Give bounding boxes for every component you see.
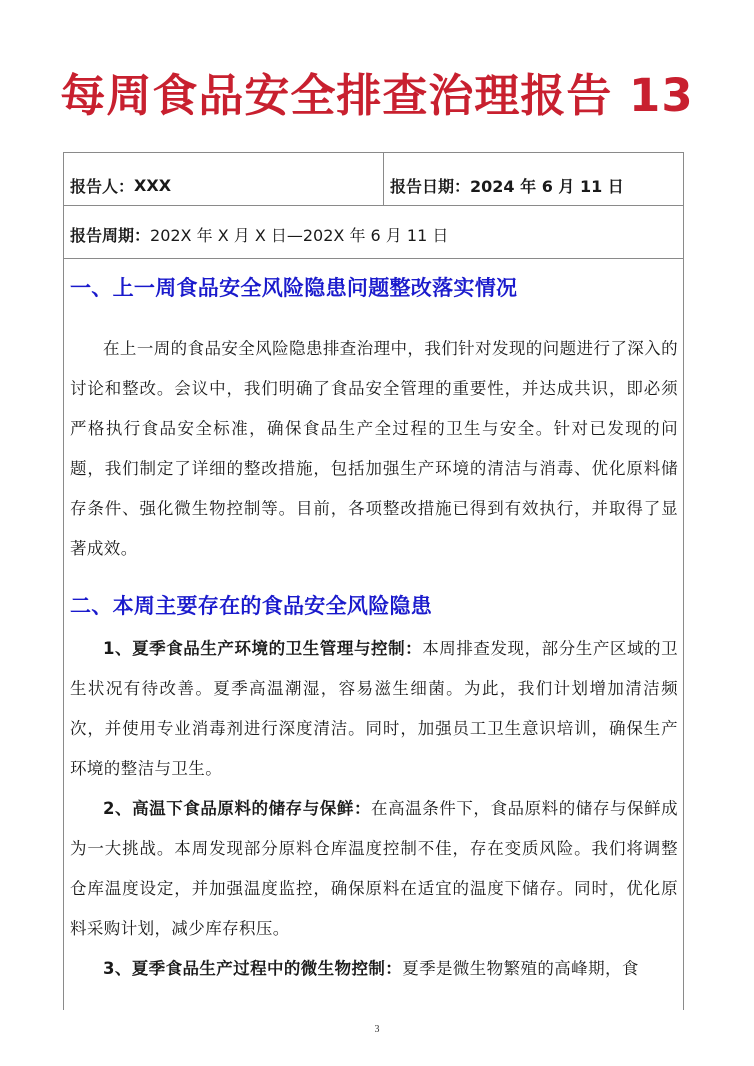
report-period-cell: 报告周期： 202X 年 X 月 X 日—202X 年 6 月 11 日 [64,206,683,258]
section-heading-1: 一、上一周食品安全风险隐患问题整改落实情况 [70,273,678,303]
risk-item-1-text: 本周排查发现，部分生产区域的卫生状况有待改善。夏季高温潮湿，容易滋生细菌。为此，… [70,639,678,778]
risk-item-1-title: 1、夏季食品生产环境的卫生管理与控制： [103,639,422,658]
report-date-cell: 报告日期： 2024 年 6 月 11 日 [384,153,684,205]
page-number: 3 [0,1024,754,1035]
info-row-reporter-date: 报告人： XXX 报告日期： 2024 年 6 月 11 日 [64,153,683,206]
risk-item-1: 1、夏季食品生产环境的卫生管理与控制：本周排查发现，部分生产区域的卫生状况有待改… [70,629,678,789]
risk-item-3: 3、夏季食品生产过程中的微生物控制：夏季是微生物繁殖的高峰期，食 [70,949,678,989]
risk-item-2-title: 2、高温下食品原料的储存与保鲜： [103,799,371,818]
risk-item-3-title: 3、夏季食品生产过程中的微生物控制： [103,959,402,978]
info-row-period: 报告周期： 202X 年 X 月 X 日—202X 年 6 月 11 日 [64,206,683,259]
section-1-paragraph: 在上一周的食品安全风险隐患排查治理中，我们针对发现的问题进行了深入的讨论和整改。… [70,329,678,569]
reporter-label: 报告人： [70,174,134,197]
report-period-value: 202X 年 X 月 X 日—202X 年 6 月 11 日 [150,223,448,246]
risk-item-2: 2、高温下食品原料的储存与保鲜：在高温条件下，食品原料的储存与保鲜成为一大挑战。… [70,789,678,949]
report-period-label: 报告周期： [70,223,150,246]
reporter-cell: 报告人： XXX [64,153,384,205]
report-date-label: 报告日期： [390,174,470,197]
document-title: 每周食品安全排查治理报告 13 [0,66,754,126]
report-date-value: 2024 年 6 月 11 日 [470,174,624,197]
report-table: 报告人： XXX 报告日期： 2024 年 6 月 11 日 报告周期： 202… [63,152,684,1010]
risk-item-3-text: 夏季是微生物繁殖的高峰期，食 [402,959,639,978]
report-body: 一、上一周食品安全风险隐患问题整改落实情况 在上一周的食品安全风险隐患排查治理中… [70,273,678,989]
section-heading-2: 二、本周主要存在的食品安全风险隐患 [70,591,678,621]
reporter-value: XXX [134,176,171,195]
risk-item-2-text: 在高温条件下，食品原料的储存与保鲜成为一大挑战。本周发现部分原料仓库温度控制不佳… [70,799,678,938]
